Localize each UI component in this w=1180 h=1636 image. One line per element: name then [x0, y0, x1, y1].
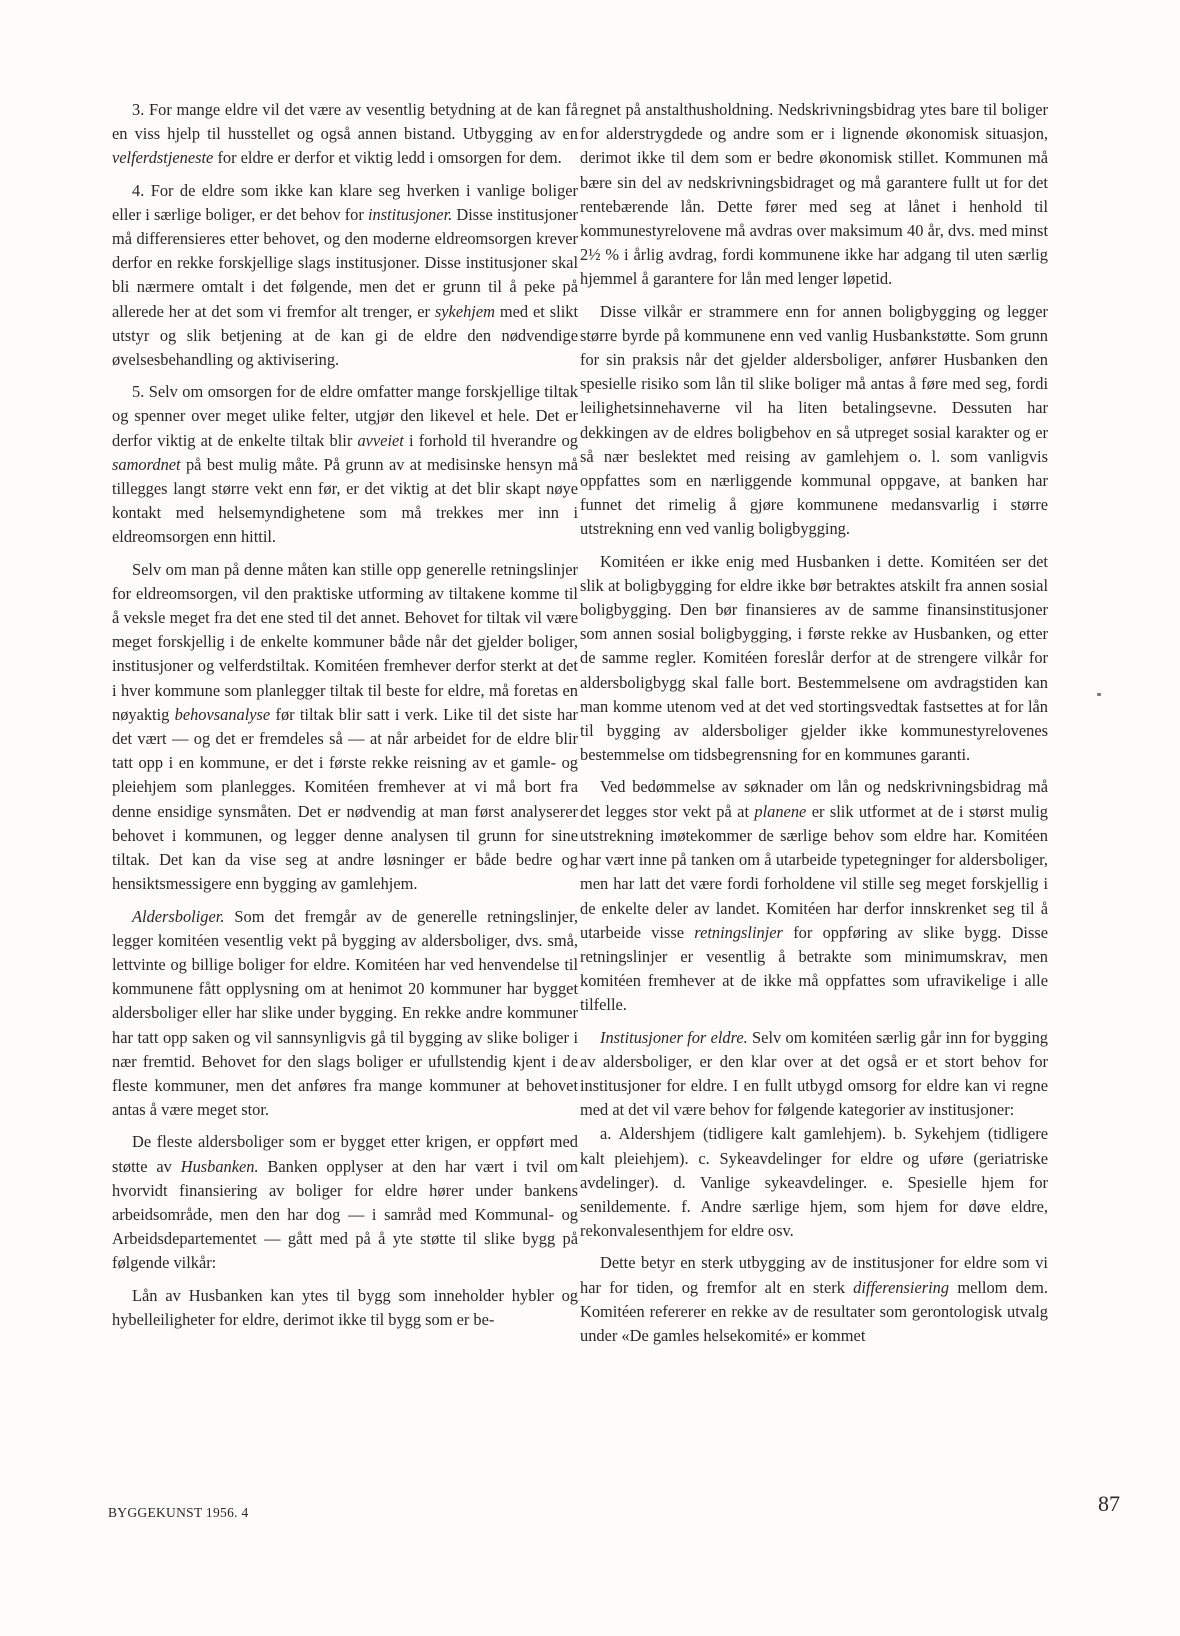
- text-run: Komitéen er ikke enig med Husbanken i de…: [580, 552, 1048, 765]
- italic-term: planene: [754, 802, 806, 821]
- paragraph: Ved bedømmelse av søknader om lån og ned…: [580, 775, 1048, 1017]
- text-run: i forhold til hverandre og: [404, 431, 578, 450]
- scan-speck: [1097, 693, 1101, 696]
- paragraph: Disse vilkår er strammere enn for annen …: [580, 300, 1048, 542]
- paragraph: Institusjoner for eldre. Selv om komitée…: [580, 1026, 1048, 1123]
- paragraph: a. Aldershjem (tidligere kalt gamlehjem)…: [580, 1122, 1048, 1243]
- italic-term: velferdstjeneste: [112, 148, 213, 167]
- italic-term: Husbanken.: [181, 1157, 259, 1176]
- italic-term: differensiering: [853, 1278, 949, 1297]
- italic-term: avveiet: [357, 431, 403, 450]
- paragraph: Aldersboliger. Som det fremgår av de gen…: [112, 905, 578, 1123]
- text-run: Som det fremgår av de generelle retnings…: [112, 907, 578, 1120]
- text-run: før tiltak blir satt i verk. Like til de…: [112, 705, 578, 893]
- italic-term: Institusjoner for eldre.: [600, 1028, 748, 1047]
- page-number: 87: [1098, 1491, 1120, 1517]
- text-run: regnet på anstalthusholdning. Nedskrivni…: [580, 100, 1048, 288]
- text-run: Selv om man på denne måten kan stille op…: [112, 560, 578, 724]
- text-run: Lån av Husbanken kan ytes til bygg som i…: [112, 1286, 578, 1329]
- italic-term: retningslinjer: [694, 923, 783, 942]
- publication-footer: BYGGEKUNST 1956. 4: [108, 1505, 249, 1521]
- italic-term: institusjoner.: [368, 205, 452, 224]
- text-run: for eldre er derfor et viktig ledd i oms…: [213, 148, 561, 167]
- text-run: 3. For mange eldre vil det være av vesen…: [112, 100, 578, 143]
- paragraph: Dette betyr en sterk utbygging av de ins…: [580, 1251, 1048, 1348]
- paragraph: Lån av Husbanken kan ytes til bygg som i…: [112, 1284, 578, 1332]
- italic-term: behovsanalyse: [175, 705, 271, 724]
- paragraph: 4. For de eldre som ikke kan klare seg h…: [112, 179, 578, 373]
- paragraph: regnet på anstalthusholdning. Nedskrivni…: [580, 98, 1048, 292]
- text-run: er slik utformet at de i størst mulig ut…: [580, 802, 1048, 942]
- paragraph: De fleste aldersboliger som er bygget et…: [112, 1130, 578, 1275]
- right-column: regnet på anstalthusholdning. Nedskrivni…: [580, 98, 1048, 1356]
- paragraph: 3. For mange eldre vil det være av vesen…: [112, 98, 578, 171]
- paragraph: 5. Selv om omsorgen for de eldre omfatte…: [112, 380, 578, 549]
- left-column: 3. For mange eldre vil det være av vesen…: [112, 98, 578, 1340]
- paragraph: Komitéen er ikke enig med Husbanken i de…: [580, 550, 1048, 768]
- italic-term: sykehjem: [435, 302, 495, 321]
- paragraph: Selv om man på denne måten kan stille op…: [112, 558, 578, 897]
- italic-term: samordnet: [112, 455, 181, 474]
- text-run: på best mulig måte. På grunn av at medis…: [112, 455, 578, 547]
- text-run: a. Aldershjem (tidligere kalt gamlehjem)…: [580, 1124, 1048, 1240]
- text-run: Disse vilkår er strammere enn for annen …: [580, 302, 1048, 539]
- italic-term: Aldersboliger.: [132, 907, 224, 926]
